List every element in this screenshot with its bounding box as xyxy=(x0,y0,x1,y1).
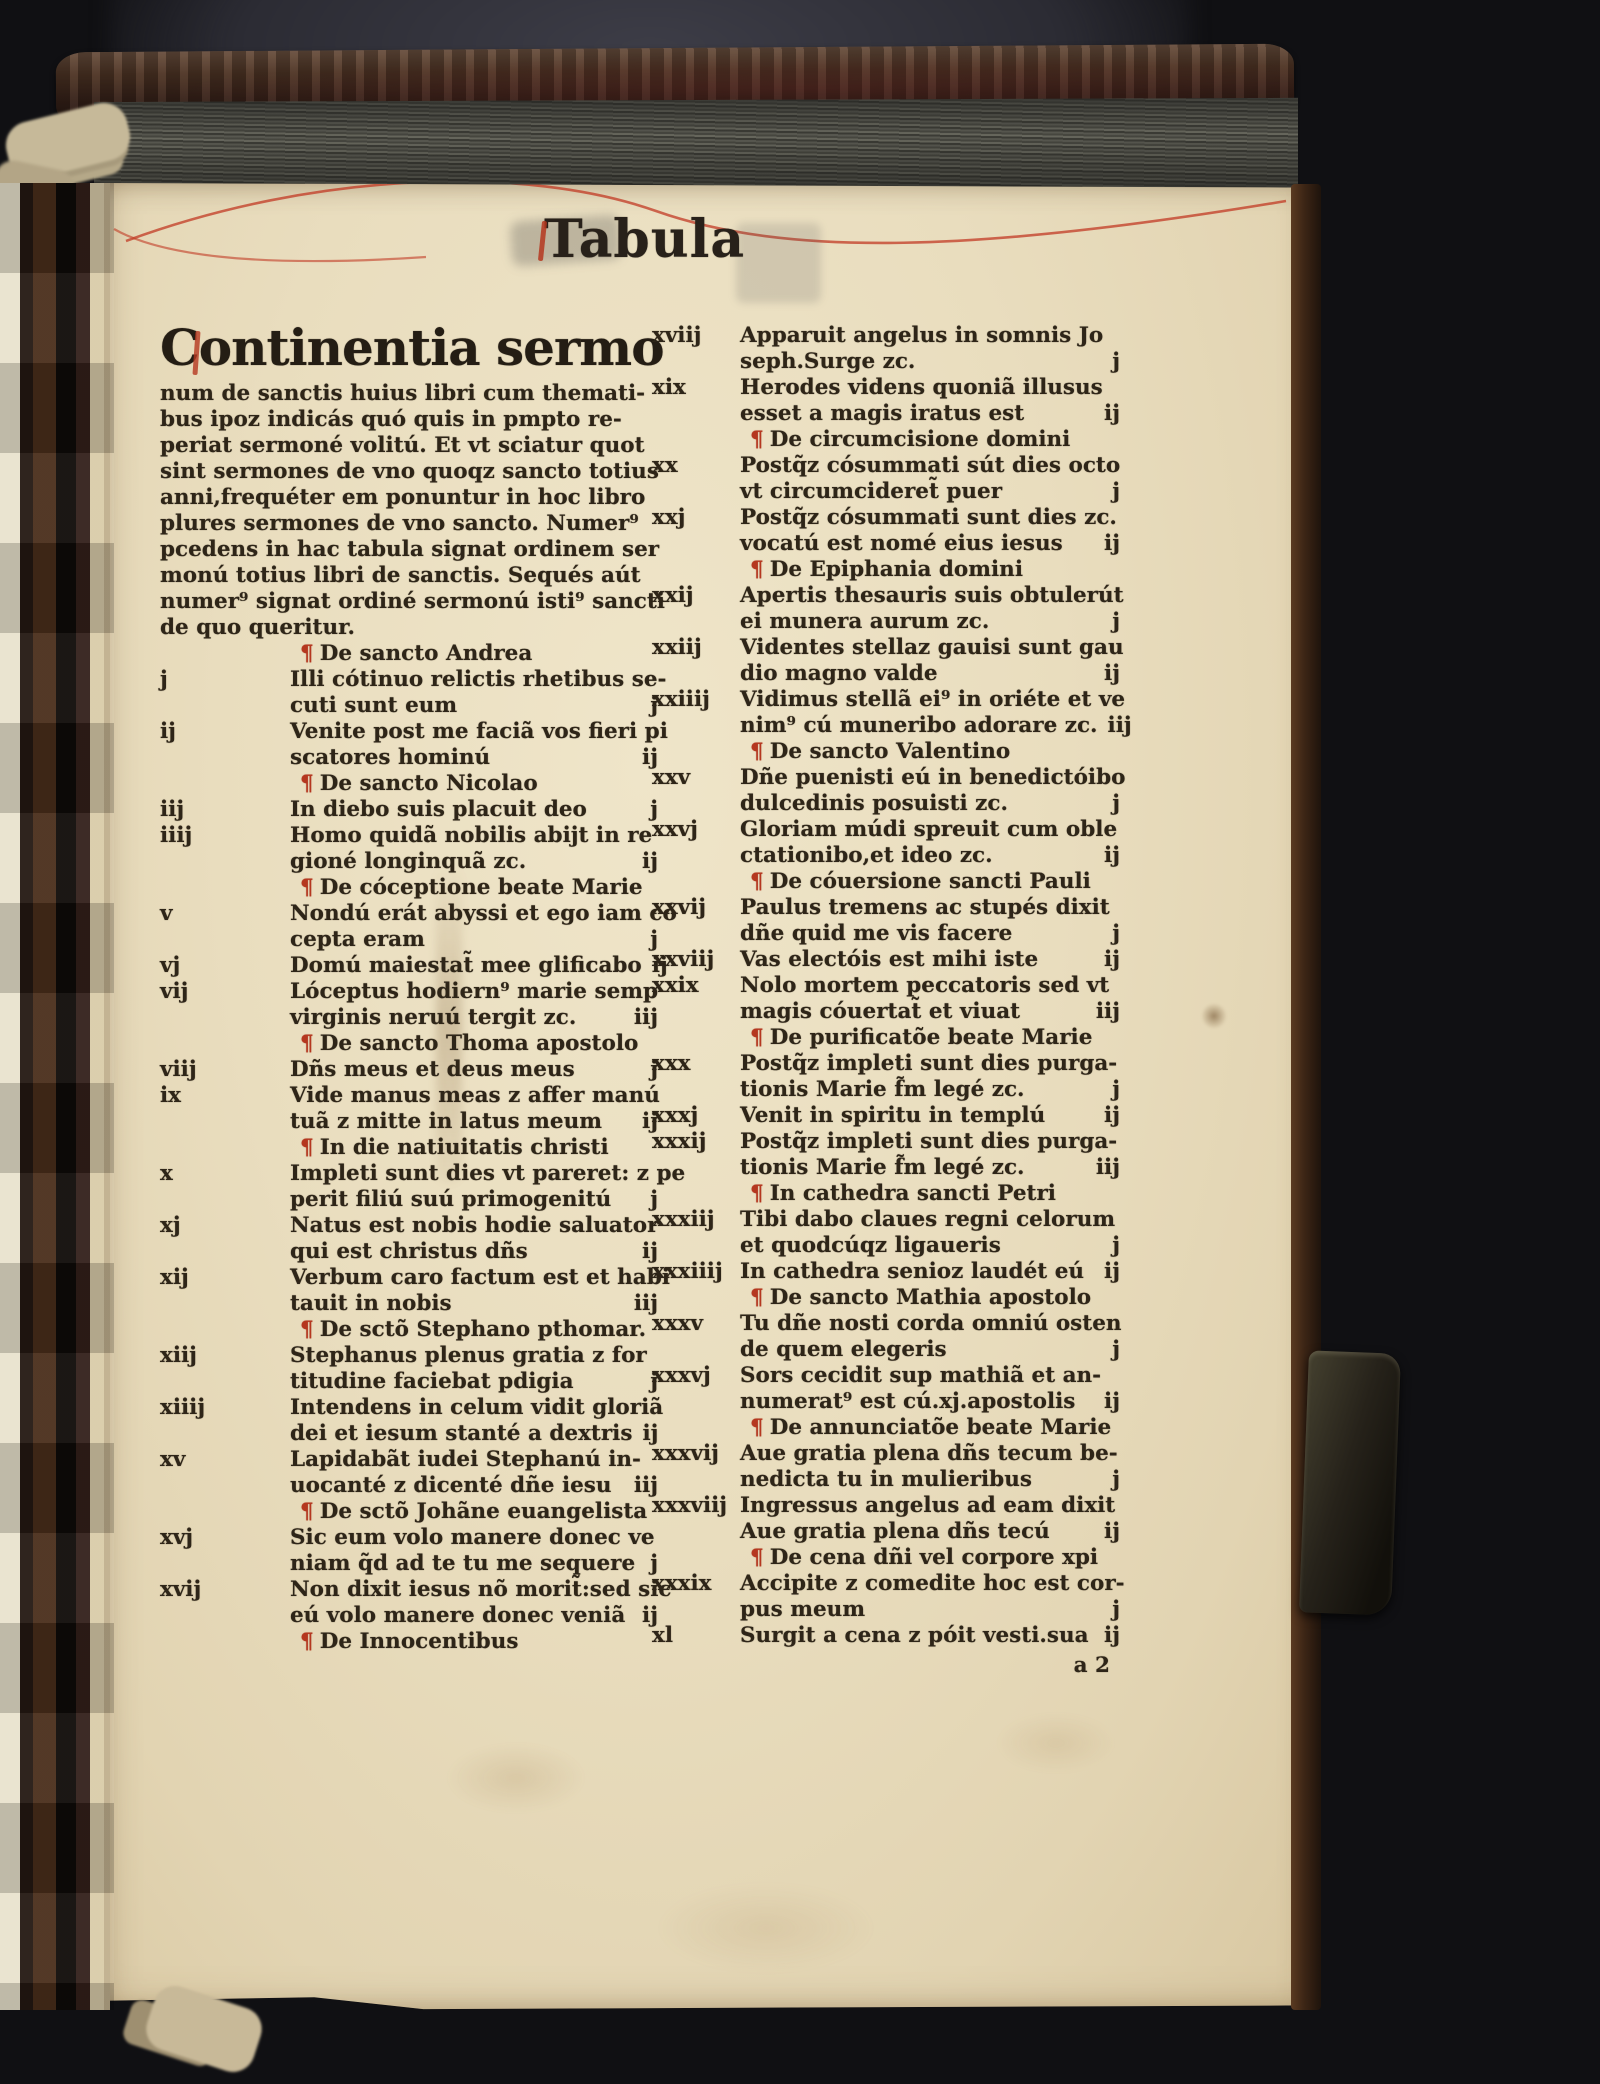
entry-line-text: eú volo manere donec veniã xyxy=(290,1603,625,1629)
entry-text: Aue gratia plena dñs tecum be-nedicta tu… xyxy=(740,1441,1120,1493)
entry-line-text: esset a magis iratus est xyxy=(740,401,1024,427)
entry-line: Stephanus plenus gratia z for xyxy=(290,1343,658,1369)
entry-line: Ingressus angelus ad eam dixit xyxy=(740,1493,1120,1519)
table-entry: xxxixAccipite z comedite hoc est cor-pus… xyxy=(652,1571,1120,1623)
table-entry: xvLapidabãt iudei Stephanú in-uocanté z … xyxy=(160,1447,658,1499)
table-entry: xxixNolo mortem peccatoris sed vtmagis c… xyxy=(652,973,1120,1025)
section-heading-text: De Epiphania domini xyxy=(770,557,1023,582)
entry-line: Postq̃z impleti sunt dies purga- xyxy=(740,1051,1120,1077)
entry-line: nim⁹ cú muneribo adorare zc.iij xyxy=(740,713,1120,739)
pilcrow-icon: ¶ xyxy=(750,1545,764,1570)
entry-line-text: In cathedra senioz laudét eú xyxy=(740,1259,1084,1285)
leather-clasp-remnant xyxy=(1299,1350,1401,1615)
right-column: xviijApparuit angelus in somnis Joseph.S… xyxy=(652,323,1120,1679)
entry-text: In diebo suis placuit deoj xyxy=(290,797,658,823)
table-entry: xiijStephanus plenus gratia z fortitudin… xyxy=(160,1343,658,1395)
entry-line-text: virginis neruú tergit zc. xyxy=(290,1005,576,1031)
entry-line-text: titudine faciebat pdigia xyxy=(290,1369,574,1395)
pilcrow-icon: ¶ xyxy=(300,1317,314,1342)
intro-paragraph: num de sanctis huius libri cum themati-b… xyxy=(160,381,658,641)
entry-line: Accipite z comedite hoc est cor- xyxy=(740,1571,1120,1597)
table-entry: xxjPostq̃z cósummati sunt dies zc.vocatú… xyxy=(652,505,1120,557)
entry-line: Nondú erát abyssi et ego iam có xyxy=(290,901,658,927)
pilcrow-icon: ¶ xyxy=(750,1285,764,1310)
margin-numeral: xxxviij xyxy=(652,1493,727,1519)
pilcrow-icon: ¶ xyxy=(750,1415,764,1440)
entry-line: Gloriam múdi spreuit cum oble xyxy=(740,817,1120,843)
entry-line: nedicta tu in mulieribusj xyxy=(740,1467,1120,1493)
entry-line-text: tuã z mitte in latus meum xyxy=(290,1109,602,1135)
pilcrow-icon: ¶ xyxy=(750,1181,764,1206)
entry-line-text: Apertis thesauris suis obtulerút xyxy=(740,583,1124,608)
entry-line: uocanté z dicenté dñe iesuiij xyxy=(290,1473,658,1499)
paper-stain xyxy=(996,1713,1116,1773)
margin-numeral: xxxvij xyxy=(652,1441,719,1467)
entry-text: Natus est nobis hodie saluatorqui est ch… xyxy=(290,1213,658,1265)
entry-line-text: In diebo suis placuit deo xyxy=(290,797,587,823)
section-heading: ¶De Epiphania domini xyxy=(750,557,1120,583)
entry-text: Apertis thesauris suis obtulerútei muner… xyxy=(740,583,1120,635)
entry-line: et quodcúqz ligauerisj xyxy=(740,1233,1120,1259)
entry-line-text: Accipite z comedite hoc est cor- xyxy=(740,1571,1125,1596)
margin-numeral: xj xyxy=(160,1213,181,1239)
margin-numeral: xxxiij xyxy=(652,1207,715,1233)
entry-line-text: nedicta tu in mulieribus xyxy=(740,1467,1032,1493)
pilcrow-icon: ¶ xyxy=(300,875,314,900)
section-heading: ¶De sctõ Johãne euangelista xyxy=(300,1499,658,1525)
table-entry: xxiiijVidimus stellã ei⁹ in oriéte et ve… xyxy=(652,687,1120,739)
margin-numeral: ix xyxy=(160,1083,181,1109)
sermon-number: j xyxy=(1112,609,1120,635)
table-entry: xxxvjSors cecidit sup mathiã et an-numer… xyxy=(652,1363,1120,1415)
table-entry: xxvDñe puenisti eú in benedictóibodulced… xyxy=(652,765,1120,817)
continentia-heading: Continentia sermo xyxy=(160,321,658,375)
pilcrow-icon: ¶ xyxy=(300,1135,314,1160)
entry-line: In cathedra senioz laudét eúij xyxy=(740,1259,1120,1285)
entry-line: Vidimus stellã ei⁹ in oriéte et ve xyxy=(740,687,1120,713)
entry-line: tuã z mitte in latus meumij xyxy=(290,1109,658,1135)
entry-line-text: Lapidabãt iudei Stephanú in- xyxy=(290,1447,641,1472)
entry-line: Dñe puenisti eú in benedictóibo xyxy=(740,765,1120,791)
entry-line-text: cuti sunt eum xyxy=(290,693,457,719)
entry-line: cepta eramj xyxy=(290,927,658,953)
entry-line: dulcedinis posuisti zc.j xyxy=(740,791,1120,817)
entry-line-text: qui est christus dñs xyxy=(290,1239,528,1265)
sermon-number: ij xyxy=(1104,661,1120,687)
entry-line-text: numerat⁹ est cú.xj.apostolis xyxy=(740,1389,1075,1415)
entry-line-text: gioné longinquã zc. xyxy=(290,849,526,875)
entry-line-text: Apparuit angelus in somnis Jo xyxy=(740,323,1103,348)
table-entry: xlSurgit a cena z póit vesti.suaij xyxy=(652,1623,1120,1649)
intro-line: de quo queritur. xyxy=(160,615,658,641)
entry-line: Impleti sunt dies vt pareret: z pe xyxy=(290,1161,658,1187)
table-entry: xxviijVas electóis est mihi isteij xyxy=(652,947,1120,973)
section-heading: ¶De purificatõe beate Marie xyxy=(750,1025,1120,1051)
entry-line: Surgit a cena z póit vesti.suaij xyxy=(740,1623,1120,1649)
entry-text: Postq̃z impleti sunt dies purga-tionis M… xyxy=(740,1129,1120,1181)
entry-text: Tibi dabo claues regni celorumet quodcúq… xyxy=(740,1207,1120,1259)
table-entry: xxPostq̃z cósummati sút dies octovt circ… xyxy=(652,453,1120,505)
entry-line: Nolo mortem peccatoris sed vt xyxy=(740,973,1120,999)
entry-text: Non dixit iesus nõ morit̃:sed siceú volo… xyxy=(290,1577,658,1629)
section-heading-text: De circumcisione domini xyxy=(770,427,1071,452)
table-entry: xxiijVidentes stellaz gauisi sunt gaudio… xyxy=(652,635,1120,687)
entry-line: Sic eum volo manere donec ve xyxy=(290,1525,658,1551)
paper-stain xyxy=(656,1883,876,1973)
table-entry: viijDñs meus et deus meusj xyxy=(160,1057,658,1083)
table-entry: xjNatus est nobis hodie saluatorqui est … xyxy=(160,1213,658,1265)
entry-line: Vide manus meas z affer manú xyxy=(290,1083,658,1109)
sermon-number: j xyxy=(1112,1337,1120,1363)
quire-signature: a 2 xyxy=(652,1653,1120,1679)
margin-numeral: xl xyxy=(652,1623,673,1649)
entry-text: Venite post me faciã vos fieri piscatore… xyxy=(290,719,658,771)
intro-line: numer⁹ signat ordiné sermonú isti⁹ sanct… xyxy=(160,589,658,615)
sermon-number: j xyxy=(1112,791,1120,817)
margin-numeral: xvij xyxy=(160,1577,201,1603)
paper-spot xyxy=(1201,1003,1227,1029)
table-entry: xxxvTu dñe nosti corda omniú ostende que… xyxy=(652,1311,1120,1363)
entry-line: tauit in nobisiij xyxy=(290,1291,658,1317)
entry-line-text: de quem elegeris xyxy=(740,1337,947,1363)
table-entry: xxvjGloriam múdi spreuit cum oblectation… xyxy=(652,817,1120,869)
entry-text: Sic eum volo manere donec veniam q̃d ad … xyxy=(290,1525,658,1577)
intro-line: num de sanctis huius libri cum themati- xyxy=(160,381,658,407)
entry-text: Vas electóis est mihi isteij xyxy=(740,947,1120,973)
intro-line: periat sermoné volitú. Et vt sciatur quo… xyxy=(160,433,658,459)
entry-line-text: tionis Marie f̃m legé zc. xyxy=(740,1155,1025,1181)
margin-numeral: xij xyxy=(160,1265,189,1291)
entry-text: In cathedra senioz laudét eúij xyxy=(740,1259,1120,1285)
margin-numeral: xx xyxy=(652,453,678,479)
entry-line: Postq̃z cósummati sunt dies zc. xyxy=(740,505,1120,531)
margin-numeral: xxvj xyxy=(652,817,698,843)
pilcrow-icon: ¶ xyxy=(750,557,764,582)
entry-line: Intendens in celum vidit gloriã xyxy=(290,1395,658,1421)
entry-line-text: perit filiú suú primogenitú xyxy=(290,1187,611,1213)
entry-line-text: Illi cótinuo relictis rhetibus se- xyxy=(290,667,666,692)
entry-line-text: Vas electóis est mihi iste xyxy=(740,947,1038,973)
book-page: Tabula Continentia sermo num de sanctis … xyxy=(96,183,1308,2010)
entry-line-text: Postq̃z impleti sunt dies purga- xyxy=(740,1051,1117,1076)
section-heading: ¶De sancto Valentino xyxy=(750,739,1120,765)
pilcrow-icon: ¶ xyxy=(750,1025,764,1050)
entry-line-text: cepta eram xyxy=(290,927,425,953)
entry-line: gioné longinquã zc.ij xyxy=(290,849,658,875)
entry-line-text: Dñs meus et deus meus xyxy=(290,1057,575,1083)
right-entry-list: xviijApparuit angelus in somnis Joseph.S… xyxy=(652,323,1120,1649)
entry-line: Herodes videns quoniã illusus xyxy=(740,375,1120,401)
entry-line: dñe quid me vis facerej xyxy=(740,921,1120,947)
entry-text: Venit in spiritu in templúij xyxy=(740,1103,1120,1129)
entry-line-text: magis cóuertat̃ et viuat xyxy=(740,999,1020,1025)
ghost-stamp xyxy=(736,223,821,303)
margin-numeral: xxij xyxy=(652,583,694,609)
entry-line: cuti sunt eumj xyxy=(290,693,658,719)
section-heading: ¶De cena dñi vel corpore xpi xyxy=(750,1545,1120,1571)
pilcrow-icon: ¶ xyxy=(750,869,764,894)
entry-text: Lapidabãt iudei Stephanú in-uocanté z di… xyxy=(290,1447,658,1499)
sermon-number: ij xyxy=(1104,1259,1120,1285)
margin-numeral: xxxj xyxy=(652,1103,698,1129)
entry-line-text: ei munera aurum zc. xyxy=(740,609,989,635)
entry-line-text: Lóceptus hodiern⁹ marie semp xyxy=(290,979,658,1004)
entry-line: vocatú est nomé eius iesusij xyxy=(740,531,1120,557)
entry-line-text: dñe quid me vis facere xyxy=(740,921,1012,947)
entry-line: de quem elegerisj xyxy=(740,1337,1120,1363)
entry-line: magis cóuertat̃ et viuatiij xyxy=(740,999,1120,1025)
margin-numeral: xvj xyxy=(160,1525,193,1551)
entry-line: eú volo manere donec veniãij xyxy=(290,1603,658,1629)
table-entry: xxxiijTibi dabo claues regni celorumet q… xyxy=(652,1207,1120,1259)
table-entry: xxvijPaulus tremens ac stupés dixitdñe q… xyxy=(652,895,1120,947)
entry-line: esset a magis iratus estij xyxy=(740,401,1120,427)
sermon-number: ij xyxy=(1104,1623,1120,1649)
table-entry: jIlli cótinuo relictis rhetibus se-cuti … xyxy=(160,667,658,719)
entry-text: Nolo mortem peccatoris sed vtmagis cóuer… xyxy=(740,973,1120,1025)
entry-text: Illi cótinuo relictis rhetibus se-cuti s… xyxy=(290,667,658,719)
margin-numeral: xxiij xyxy=(652,635,702,661)
entry-line-text: dei et iesum stanté a dextris xyxy=(290,1421,632,1447)
table-entry: ijVenite post me faciã vos fieri piscato… xyxy=(160,719,658,771)
section-heading-text: De purificatõe beate Marie xyxy=(770,1025,1093,1050)
margin-numeral: v xyxy=(160,901,173,927)
entry-line-text: Surgit a cena z póit vesti.sua xyxy=(740,1623,1089,1649)
entry-line-text: dio magno valde xyxy=(740,661,938,687)
entry-line: vt circumcideret̃ puerj xyxy=(740,479,1120,505)
table-entry: xImpleti sunt dies vt pareret: z peperit… xyxy=(160,1161,658,1213)
sermon-number: iij xyxy=(1096,999,1120,1025)
entry-line-text: Vide manus meas z affer manú xyxy=(290,1083,660,1108)
entry-line-text: dulcedinis posuisti zc. xyxy=(740,791,1008,817)
table-entry: xvijNon dixit iesus nõ morit̃:sed siceú … xyxy=(160,1577,658,1629)
table-entry: xxijApertis thesauris suis obtulerútei m… xyxy=(652,583,1120,635)
entry-line-text: niam q̃d ad te tu me sequere xyxy=(290,1551,635,1577)
entry-line-text: Postq̃z impleti sunt dies purga- xyxy=(740,1129,1117,1154)
entry-line-text: Gloriam múdi spreuit cum oble xyxy=(740,817,1117,842)
margin-numeral: xxj xyxy=(652,505,685,531)
entry-line-text: Tu dñe nosti corda omniú osten xyxy=(740,1311,1122,1336)
sermon-number: j xyxy=(1112,1077,1120,1103)
entry-line-text: Aue gratia plena dñs tecum be- xyxy=(740,1441,1118,1466)
entry-line-text: Impleti sunt dies vt pareret: z pe xyxy=(290,1161,685,1186)
entry-text: Intendens in celum vidit gloriãdei et ie… xyxy=(290,1395,658,1447)
margin-numeral: xxxiiij xyxy=(652,1259,723,1285)
section-heading-text: De sctõ Johãne euangelista xyxy=(320,1499,648,1524)
sermon-number: iij xyxy=(1096,1155,1120,1181)
section-heading-text: In cathedra sancti Petri xyxy=(770,1181,1056,1206)
section-heading: ¶De cóuersione sancti Pauli xyxy=(750,869,1120,895)
table-entry: xviijApparuit angelus in somnis Joseph.S… xyxy=(652,323,1120,375)
margin-numeral: xxxix xyxy=(652,1571,711,1597)
table-entry: xixHerodes videns quoniã illususesset a … xyxy=(652,375,1120,427)
intro-line: plures sermones de vno sancto. Numer⁹ xyxy=(160,511,658,537)
entry-line: Postq̃z impleti sunt dies purga- xyxy=(740,1129,1120,1155)
entry-line-text: vocatú est nomé eius iesus xyxy=(740,531,1063,557)
table-entry: vNondú erát abyssi et ego iam cócepta er… xyxy=(160,901,658,953)
section-heading: ¶De annunciatõe beate Marie xyxy=(750,1415,1120,1441)
entry-line-text: Sic eum volo manere donec ve xyxy=(290,1525,655,1550)
entry-line-text: Paulus tremens ac stupés dixit xyxy=(740,895,1110,920)
section-heading: ¶De cóceptione beate Marie xyxy=(300,875,658,901)
table-entry: xiiijIntendens in celum vidit gloriãdei … xyxy=(160,1395,658,1447)
sermon-number: j xyxy=(1112,921,1120,947)
pilcrow-icon: ¶ xyxy=(300,1031,314,1056)
entry-line-text: Sors cecidit sup mathiã et an- xyxy=(740,1363,1101,1388)
sermon-number: j xyxy=(1112,479,1120,505)
entry-line-text: tionis Marie f̃m legé zc. xyxy=(740,1077,1025,1103)
section-heading: ¶De circumcisione domini xyxy=(750,427,1120,453)
entry-text: Postq̃z cósummati sunt dies zc.vocatú es… xyxy=(740,505,1120,557)
margin-numeral: iij xyxy=(160,797,184,823)
entry-line: Videntes stellaz gauisi sunt gau xyxy=(740,635,1120,661)
entry-text: Herodes videns quoniã illususesset a mag… xyxy=(740,375,1120,427)
sermon-number: iij xyxy=(1108,713,1132,739)
margin-numeral: j xyxy=(160,667,168,693)
section-heading-text: De cena dñi vel corpore xpi xyxy=(770,1545,1098,1570)
margin-numeral: xxviij xyxy=(652,947,714,973)
entry-line-text: uocanté z dicenté dñe iesu xyxy=(290,1473,612,1499)
entry-line: Homo quidã nobilis abijt in re xyxy=(290,823,658,849)
entry-line: numerat⁹ est cú.xj.apostolisij xyxy=(740,1389,1120,1415)
section-heading: ¶In cathedra sancti Petri xyxy=(750,1181,1120,1207)
entry-line-text: Non dixit iesus nõ morit̃:sed sic xyxy=(290,1577,671,1602)
entry-line-text: Herodes videns quoniã illusus xyxy=(740,375,1103,400)
section-heading: ¶De sancto Mathia apostolo xyxy=(750,1285,1120,1311)
entry-line: ei munera aurum zc.j xyxy=(740,609,1120,635)
section-heading: ¶De sancto Thoma apostolo xyxy=(300,1031,658,1057)
section-heading: ¶De sancto Nicolao xyxy=(300,771,658,797)
section-heading-text: De sancto Valentino xyxy=(770,739,1011,764)
entry-line: Vas electóis est mihi isteij xyxy=(740,947,1120,973)
pilcrow-icon: ¶ xyxy=(300,1499,314,1524)
entry-text: Verbum caro factum est et habitauit in n… xyxy=(290,1265,658,1317)
entry-line: ctationibo,et ideo zc.ij xyxy=(740,843,1120,869)
entry-line-text: Videntes stellaz gauisi sunt gau xyxy=(740,635,1124,660)
entry-text: Apparuit angelus in somnis Joseph.Surge … xyxy=(740,323,1120,375)
entry-line: niam q̃d ad te tu me sequerej xyxy=(290,1551,658,1577)
entry-text: Domú maiestat̃ mee glificaboij xyxy=(290,953,658,979)
entry-line-text: Domú maiestat̃ mee glificabo xyxy=(290,953,642,979)
sermon-number: ij xyxy=(1104,401,1120,427)
table-entry: xxxPostq̃z impleti sunt dies purga-tioni… xyxy=(652,1051,1120,1103)
margin-numeral: xxix xyxy=(652,973,699,999)
section-heading-text: In die natiuitatis christi xyxy=(320,1135,609,1160)
entry-text: Dñs meus et deus meusj xyxy=(290,1057,658,1083)
entry-line: Venit in spiritu in templúij xyxy=(740,1103,1120,1129)
margin-numeral: xxxvj xyxy=(652,1363,711,1389)
entry-line: seph.Surge zc.j xyxy=(740,349,1120,375)
entry-line: Postq̃z cósummati sút dies octo xyxy=(740,453,1120,479)
table-entry: iiijHomo quidã nobilis abijt in regioné … xyxy=(160,823,658,875)
entry-line: Tu dñe nosti corda omniú osten xyxy=(740,1311,1120,1337)
entry-line-text: Postq̃z cósummati sunt dies zc. xyxy=(740,505,1117,530)
entry-line: Apparuit angelus in somnis Jo xyxy=(740,323,1120,349)
entry-line-text: nim⁹ cú muneribo adorare zc. xyxy=(740,713,1098,739)
table-entry: xxxviijIngressus angelus ad eam dixitAue… xyxy=(652,1493,1120,1545)
sermon-number: j xyxy=(1112,1467,1120,1493)
pilcrow-icon: ¶ xyxy=(300,771,314,796)
entry-line: Verbum caro factum est et habi xyxy=(290,1265,658,1291)
entry-text: Postq̃z impleti sunt dies purga-tionis M… xyxy=(740,1051,1120,1103)
entry-line: Paulus tremens ac stupés dixit xyxy=(740,895,1120,921)
margin-numeral: xviij xyxy=(652,323,701,349)
entry-text: Paulus tremens ac stupés dixitdñe quid m… xyxy=(740,895,1120,947)
entry-text: Nondú erát abyssi et ego iam cócepta era… xyxy=(290,901,658,953)
entry-text: Accipite z comedite hoc est cor-pus meum… xyxy=(740,1571,1120,1623)
entry-text: Lóceptus hodiern⁹ marie sempvirginis ner… xyxy=(290,979,658,1031)
table-entry: iijIn diebo suis placuit deoj xyxy=(160,797,658,823)
margin-numeral: xxiiij xyxy=(652,687,710,713)
entry-line: Aue gratia plena dñs tecum be- xyxy=(740,1441,1120,1467)
left-entry-list: ¶De sancto AndreajIlli cótinuo relictis … xyxy=(160,641,658,1655)
entry-line-text: Homo quidã nobilis abijt in re xyxy=(290,823,652,848)
entry-line: qui est christus dñsij xyxy=(290,1239,658,1265)
pilcrow-icon: ¶ xyxy=(300,641,314,666)
table-entry: xxxiiijIn cathedra senioz laudét eúij xyxy=(652,1259,1120,1285)
entry-line: scatores hominúij xyxy=(290,745,658,771)
entry-line: Lapidabãt iudei Stephanú in- xyxy=(290,1447,658,1473)
margin-numeral: xxxij xyxy=(652,1129,706,1155)
entry-line: Non dixit iesus nõ morit̃:sed sic xyxy=(290,1577,658,1603)
entry-line: pus meumj xyxy=(740,1597,1120,1623)
entry-text: Gloriam múdi spreuit cum oblectationibo,… xyxy=(740,817,1120,869)
margin-numeral: ij xyxy=(160,719,176,745)
entry-line-text: et quodcúqz ligaueris xyxy=(740,1233,1001,1259)
entry-line: Lóceptus hodiern⁹ marie semp xyxy=(290,979,658,1005)
page-title: Tabula xyxy=(544,209,745,270)
entry-line-text: vt circumcideret̃ puer xyxy=(740,479,1002,505)
entry-text: Tu dñe nosti corda omniú ostende quem el… xyxy=(740,1311,1120,1363)
intro-line: monú totius libri de sanctis. Sequés aút xyxy=(160,563,658,589)
section-heading-text: De sancto Mathia apostolo xyxy=(770,1285,1091,1310)
entry-line: Venite post me faciã vos fieri pi xyxy=(290,719,658,745)
section-heading-text: De sctõ Stephano pthomar. xyxy=(320,1317,646,1342)
margin-numeral: xxv xyxy=(652,765,690,791)
intro-line: bus ipoz indicás quó quis in pmpto re- xyxy=(160,407,658,433)
section-heading-text: De sancto Nicolao xyxy=(320,771,538,796)
entry-line-text: Nondú erát abyssi et ego iam có xyxy=(290,901,677,926)
entry-text: Dñe puenisti eú in benedictóibodulcedini… xyxy=(740,765,1120,817)
entry-line: In diebo suis placuit deoj xyxy=(290,797,658,823)
entry-line-text: Nolo mortem peccatoris sed vt xyxy=(740,973,1109,998)
entry-text: Videntes stellaz gauisi sunt gaudio magn… xyxy=(740,635,1120,687)
table-entry: xvjSic eum volo manere donec veniam q̃d … xyxy=(160,1525,658,1577)
entry-line: Natus est nobis hodie saluator xyxy=(290,1213,658,1239)
entry-line-text: Vidimus stellã ei⁹ in oriéte et ve xyxy=(740,687,1125,712)
table-entry: xxxvijAue gratia plena dñs tecum be-nedi… xyxy=(652,1441,1120,1493)
sermon-number: ij xyxy=(1104,1103,1120,1129)
section-heading: ¶In die natiuitatis christi xyxy=(300,1135,658,1161)
margin-numeral: x xyxy=(160,1161,173,1187)
table-entry: ixVide manus meas z affer manútuã z mitt… xyxy=(160,1083,658,1135)
sermon-number: ij xyxy=(1104,531,1120,557)
margin-numeral: viij xyxy=(160,1057,197,1083)
page-title-text: Tabula xyxy=(544,209,745,270)
table-entry: vijLóceptus hodiern⁹ marie sempvirginis … xyxy=(160,979,658,1031)
margin-numeral: xiiij xyxy=(160,1395,205,1421)
entry-line-text: scatores hominú xyxy=(290,745,490,771)
section-heading-text: De annunciatõe beate Marie xyxy=(770,1415,1112,1440)
section-heading-text: De sancto Andrea xyxy=(320,641,533,666)
pilcrow-icon: ¶ xyxy=(750,427,764,452)
margin-numeral: xiij xyxy=(160,1343,197,1369)
entry-line-text: Ingressus angelus ad eam dixit xyxy=(740,1493,1115,1518)
margin-numeral: xix xyxy=(652,375,686,401)
sermon-number: j xyxy=(1112,1597,1120,1623)
sermon-number: ij xyxy=(1104,1389,1120,1415)
section-heading: ¶De Innocentibus xyxy=(300,1629,658,1655)
